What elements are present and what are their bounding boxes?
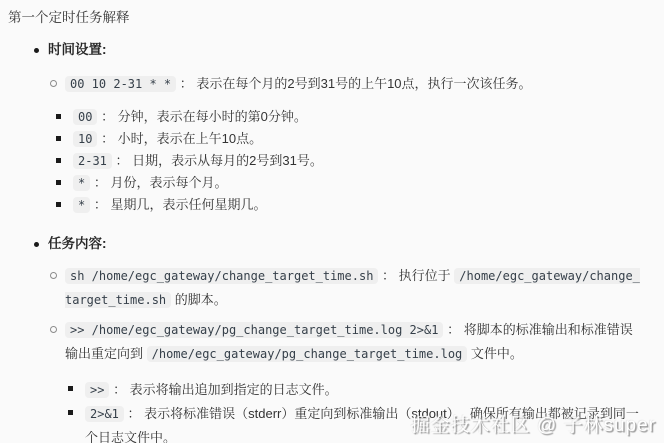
cron-field-line: 00 ： 分钟，表示在每小时的第0分钟。 [73,106,640,128]
circle-bullet-icon [50,326,57,333]
task-content-heading: 任务内容: [48,234,640,254]
cron-field-line: * ： 月份，表示每个月。 [73,172,640,194]
cron-field-weekday: * ： 星期几，表示任何星期几。 [56,194,640,216]
task-redirect-path-code: /home/egc_gateway/pg_change_target_time.… [147,346,468,362]
cron-fields-list: 00 ： 分钟，表示在每小时的第0分钟。 10 ： 小时，表示在上午10点。 2… [8,106,640,216]
task-redirect-line: >> /home/egc_gateway/pg_change_target_ti… [65,318,640,366]
task-content-heading-item: 任务内容: [34,234,640,254]
cron-field-minute: 00 ： 分钟，表示在每小时的第0分钟。 [56,106,640,128]
time-settings-heading: 时间设置: [48,40,640,60]
square-bullet-icon [56,114,61,119]
append-operator-line: >> ： 表示将输出追加到指定的日志文件。 [85,378,640,402]
circle-bullet-icon [50,80,57,87]
cron-field-day: 2-31 ： 日期，表示从每月的2号到31号。 [56,150,640,172]
cron-expression-desc: ： 表示在每个月的2号到31号的上午10点，执行一次该任务。 [176,76,531,91]
square-bullet-icon [56,202,61,207]
page-title: 第一个定时任务解释 [8,8,640,28]
watermark: 掘金技术社区 @ 子林super [411,410,656,437]
task-script-item: sh /home/egc_gateway/change_target_time.… [50,264,640,312]
square-bullet-icon [68,410,73,415]
cron-expression-line: 00 10 2-31 * * ： 表示在每个月的2号到31号的上午10点，执行一… [65,72,640,96]
square-bullet-icon [56,180,61,185]
cron-field-desc: ： 星期几，表示任何星期几。 [90,197,266,212]
cron-field-desc: ： 小时，表示在上午10点。 [97,131,262,146]
stderr-redirect-code: 2>&1 [85,406,124,422]
cron-field-code: 2-31 [73,153,112,169]
square-bullet-icon [56,158,61,163]
cron-expression-item: 00 10 2-31 * * ： 表示在每个月的2号到31号的上午10点，执行一… [50,72,640,96]
task-redirect-tail: 文件中。 [467,346,523,361]
square-bullet-icon [56,136,61,141]
cron-field-code: 00 [73,109,97,125]
time-settings-heading-item: 时间设置: [34,40,640,60]
append-operator-code: >> [85,382,109,398]
cron-field-hour: 10 ： 小时，表示在上午10点。 [56,128,640,150]
cron-field-code: * [73,197,90,213]
cron-field-desc: ： 日期，表示从每月的2号到31号。 [112,153,323,168]
cron-field-line: * ： 星期几，表示任何星期几。 [73,194,640,216]
cron-field-desc: ： 月份，表示每个月。 [90,175,227,190]
cron-field-line: 10 ： 小时，表示在上午10点。 [73,128,640,150]
append-operator-item: >> ： 表示将输出追加到指定的日志文件。 [68,378,640,402]
disc-bullet-icon [34,48,39,53]
append-operator-desc: ： 表示将输出追加到指定的日志文件。 [109,382,337,397]
task-script-mid: ： 执行位于 [378,268,454,283]
disc-bullet-icon [34,242,39,247]
task-script-line: sh /home/egc_gateway/change_target_time.… [65,264,640,312]
cron-field-code: 10 [73,131,97,147]
square-bullet-icon [68,386,73,391]
task-redirect-code: >> /home/egc_gateway/pg_change_target_ti… [65,322,443,338]
cron-field-desc: ： 分钟，表示在每小时的第0分钟。 [97,109,306,124]
cron-expression-code: 00 10 2-31 * * [65,76,176,92]
task-script-code: sh /home/egc_gateway/change_target_time.… [65,268,378,284]
cron-field-month: * ： 月份，表示每个月。 [56,172,640,194]
task-script-tail: 的脚本。 [171,292,227,307]
cron-field-code: * [73,175,90,191]
circle-bullet-icon [50,272,57,279]
document: 第一个定时任务解释 时间设置: 00 10 2-31 * * ： 表示在每个月的… [0,0,664,443]
cron-field-line: 2-31 ： 日期，表示从每月的2号到31号。 [73,150,640,172]
task-redirect-item: >> /home/egc_gateway/pg_change_target_ti… [50,318,640,366]
